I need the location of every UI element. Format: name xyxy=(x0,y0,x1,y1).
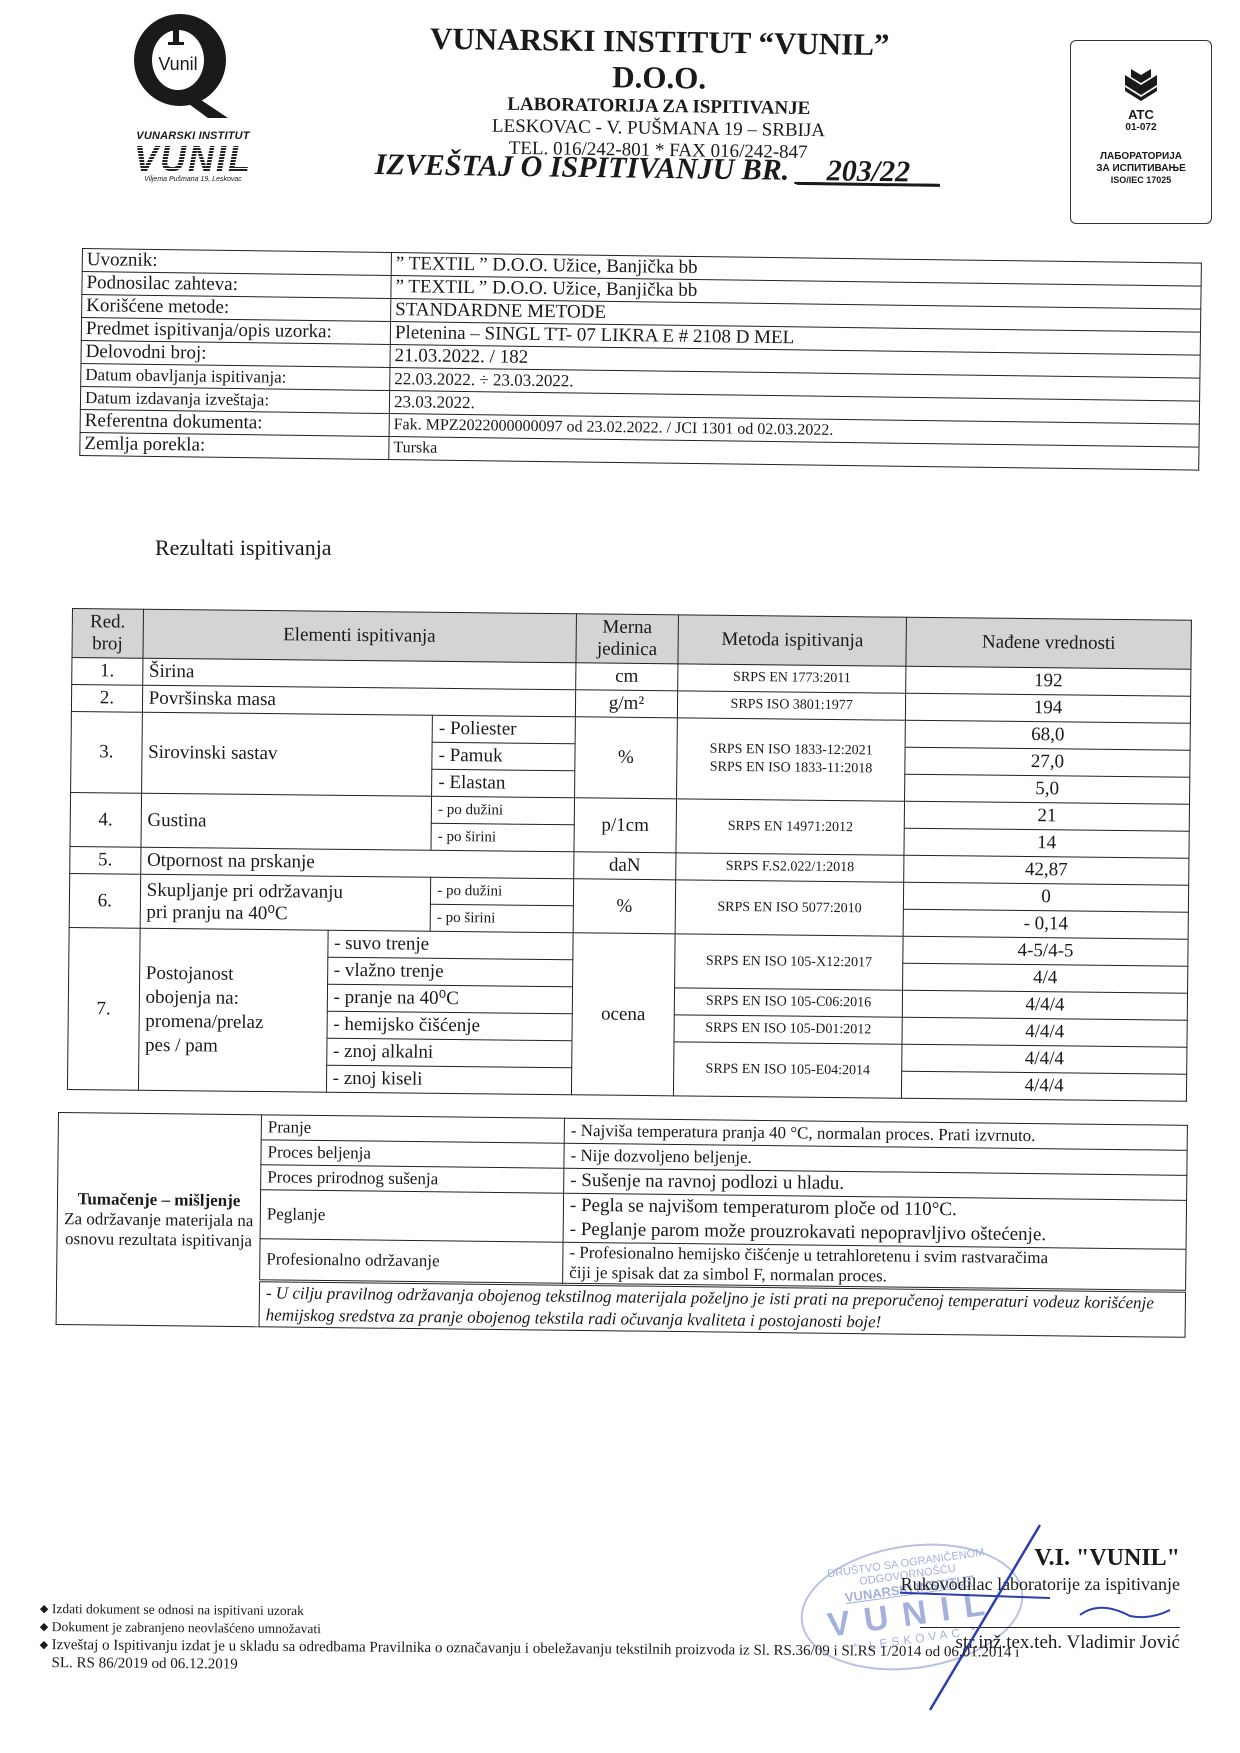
q-logo-icon: Vunil xyxy=(128,10,238,120)
interp-label: Proces beljenja xyxy=(261,1140,564,1168)
row-sub-label: - po širini xyxy=(430,904,573,932)
institute-header: VUNARSKI INSTITUT “VUNIL” D.O.O. LABORAT… xyxy=(378,20,940,166)
row-value: 4/4/4 xyxy=(902,1017,1187,1047)
interp-subtitle: Za održavanje materijala na osnovu rezul… xyxy=(64,1209,253,1250)
atc-code: ATC xyxy=(1071,107,1211,122)
element-line: Skupljanje pri održavanju xyxy=(147,879,343,902)
row-sub-label: - po dužini xyxy=(431,796,574,824)
report-title: IZVEŠTAJ O ISPITIVANJU BR. __203/22__ xyxy=(375,148,941,190)
interp-text-line: - Pegla se najvišom temperaturom ploče o… xyxy=(570,1195,957,1220)
row-no: 5. xyxy=(70,846,141,874)
row-unit: % xyxy=(574,717,677,799)
row-value: 192 xyxy=(906,666,1191,696)
bullet-icon: ◆ xyxy=(40,1636,52,1654)
logo-caption: VUNARSKI INSTITUT VUNIL Viljema Pušmana … xyxy=(118,130,268,183)
method-line: SRPS EN ISO 1833-12:2021 xyxy=(710,742,873,759)
row-sub-label: - pranje na 40⁰C xyxy=(327,984,572,1014)
row-method: SRPS ISO 3801:1977 xyxy=(678,691,906,720)
atc-number: 01-072 xyxy=(1071,122,1211,133)
header-value: Nađene vrednosti xyxy=(906,617,1191,669)
row-unit: daN xyxy=(573,852,676,880)
row-element: Gustina xyxy=(141,793,432,850)
row-unit: ocena xyxy=(571,933,675,1096)
row-sub-label: - po širini xyxy=(431,823,574,851)
row-method: SRPS EN 14971:2012 xyxy=(676,799,904,855)
row-no: 4. xyxy=(70,792,141,847)
row-sub-label: - Elastan xyxy=(432,769,575,797)
atc-standard: ISO/IEC 17025 xyxy=(1071,175,1211,185)
institute-name: VUNARSKI INSTITUT “VUNIL” D.O.O. xyxy=(379,20,940,100)
row-unit: g/m² xyxy=(575,690,678,718)
row-sub-label: - hemijsko čišćenje xyxy=(327,1011,572,1041)
row-sub-label: - znoj alkalni xyxy=(326,1038,571,1068)
row-value: 194 xyxy=(905,693,1190,723)
interp-text-line: čiji je spisak dat za simbol F, normalan… xyxy=(569,1263,887,1286)
footer-text: Izdati dokument se odnosi na ispitivani … xyxy=(52,1600,304,1620)
row-sub-label: - vlažno trenje xyxy=(327,957,572,987)
interp-label: Profesionalno održavanje xyxy=(260,1239,563,1284)
report-number: __203/22__ xyxy=(797,154,941,189)
atc-line1: ЛАБОРАТОРИЈА xyxy=(1071,151,1211,163)
footer-notes: ◆Izdati dokument se odnosi na ispitivani… xyxy=(39,1600,1220,1681)
row-value: 4-5/4-5 xyxy=(903,936,1188,966)
element-line: promena/prelaz xyxy=(145,1010,263,1032)
row-unit: % xyxy=(573,879,676,934)
row-element: Sirovinski sastav xyxy=(141,712,432,796)
bullet-icon: ◆ xyxy=(40,1600,52,1618)
interp-text-line: - Peglanje parom može prouzrokavati nepo… xyxy=(570,1219,1047,1245)
atc-chevron-icon xyxy=(1121,55,1161,101)
row-no: 1. xyxy=(72,658,143,686)
row-method: SRPS EN ISO 1833-12:2021SRPS EN ISO 1833… xyxy=(677,718,906,801)
interp-label: Proces prirodnog sušenja xyxy=(261,1165,564,1193)
row-method: SRPS EN 1773:2011 xyxy=(678,664,906,693)
row-no: 6. xyxy=(69,873,140,928)
row-value: 21 xyxy=(904,801,1189,831)
header-unit: Merna jedinica xyxy=(576,614,679,664)
row-value: - 0,14 xyxy=(903,909,1188,939)
row-method: SRPS EN ISO 105-X12:2017 xyxy=(675,934,903,990)
method-line: SRPS EN ISO 1833-11:2018 xyxy=(710,760,873,777)
report-title-prefix: IZVEŠTAJ O ISPITIVANJU BR. xyxy=(375,148,797,187)
row-value: 4/4/4 xyxy=(902,1071,1187,1101)
header-no: Red. broj xyxy=(72,609,143,659)
row-method: SRPS EN ISO 105-E04:2014 xyxy=(674,1042,902,1098)
accreditation-badge: ATC 01-072 ЛАБОРАТОРИЈА ЗА ИСПИТИВАЊЕ IS… xyxy=(1070,40,1212,224)
report-info-table: Uvoznik:” TEXTIL ” D.O.O. Užice, Banjičk… xyxy=(79,248,1202,471)
info-label: Zemlja porekla: xyxy=(80,432,389,459)
row-unit: cm xyxy=(575,663,678,691)
row-element: Skupljanje pri održavanjupri pranju na 4… xyxy=(140,874,431,931)
atc-line2: ЗА ИСПИТИВАЊЕ xyxy=(1071,163,1211,175)
interp-text: - Profesionalno hemijsko čišćenje u tetr… xyxy=(563,1242,1186,1291)
interpretation-table: Tumačenje – mišljenje Za održavanje mate… xyxy=(56,1112,1188,1338)
element-line: Postojanost xyxy=(146,962,234,984)
row-value: 42,87 xyxy=(904,855,1189,885)
row-sub-label: - Poliester xyxy=(432,715,575,743)
row-method: SRPS EN ISO 105-D01:2012 xyxy=(674,1015,902,1044)
header-method: Metoda ispitivanja xyxy=(678,615,906,666)
row-sub-label: - znoj kiseli xyxy=(326,1065,571,1095)
row-unit: p/1cm xyxy=(574,798,677,853)
results-heading: Rezultati ispitivanja xyxy=(155,535,332,561)
interp-label: Peglanje xyxy=(260,1190,564,1242)
row-value: 27,0 xyxy=(905,747,1190,777)
row-sub-label: - suvo trenje xyxy=(327,930,572,960)
row-value: 0 xyxy=(903,882,1188,912)
row-no: 7. xyxy=(67,927,139,1090)
interp-title: Tumačenje – mišljenje xyxy=(78,1189,241,1210)
row-method: SRPS EN ISO 5077:2010 xyxy=(675,880,903,936)
row-value: 4/4/4 xyxy=(902,990,1187,1020)
interp-text: - Pegla se najvišom temperaturom ploče o… xyxy=(563,1193,1187,1249)
row-no: 3. xyxy=(71,711,142,793)
row-element: Postojanost obojenja na: promena/prelaz … xyxy=(138,928,328,1092)
row-value: 4/4/4 xyxy=(902,1044,1187,1074)
footer-text: SL. RS 86/2019 od 06.12.2019 xyxy=(51,1654,237,1673)
row-value: 5,0 xyxy=(905,774,1190,804)
interp-note: - U cilju pravilnog održavanja obojenog … xyxy=(259,1281,1185,1338)
element-line: obojenja na: xyxy=(145,986,239,1008)
interp-title-cell: Tumačenje – mišljenje Za održavanje mate… xyxy=(56,1113,261,1327)
bullet-icon: ◆ xyxy=(40,1618,52,1636)
row-no: 2. xyxy=(71,685,142,713)
row-value: 68,0 xyxy=(905,720,1190,750)
element-line: pes / pam xyxy=(145,1034,218,1056)
footer-text: Dokument je zabranjeno neovlašćeno umnož… xyxy=(52,1618,321,1638)
row-value: 4/4 xyxy=(903,963,1188,993)
row-sub-label: - Pamuk xyxy=(432,742,575,770)
row-method: SRPS F.S2.022/1:2018 xyxy=(676,853,904,882)
row-sub-label: - po dužini xyxy=(431,877,574,905)
results-table: Red. broj Elementi ispitivanja Merna jed… xyxy=(67,608,1192,1102)
institute-logo: Vunil VUNARSKI INSTITUT VUNIL Viljema Pu… xyxy=(118,10,268,180)
svg-text:Vunil: Vunil xyxy=(158,54,197,74)
logo-brand: VUNIL xyxy=(118,142,268,176)
element-line: pri pranju na 40⁰C xyxy=(146,901,287,923)
interp-label: Pranje xyxy=(261,1115,564,1143)
header-element: Elementi ispitivanja xyxy=(143,609,577,663)
row-method: SRPS EN ISO 105-C06:2016 xyxy=(674,988,902,1017)
row-value: 14 xyxy=(904,828,1189,858)
